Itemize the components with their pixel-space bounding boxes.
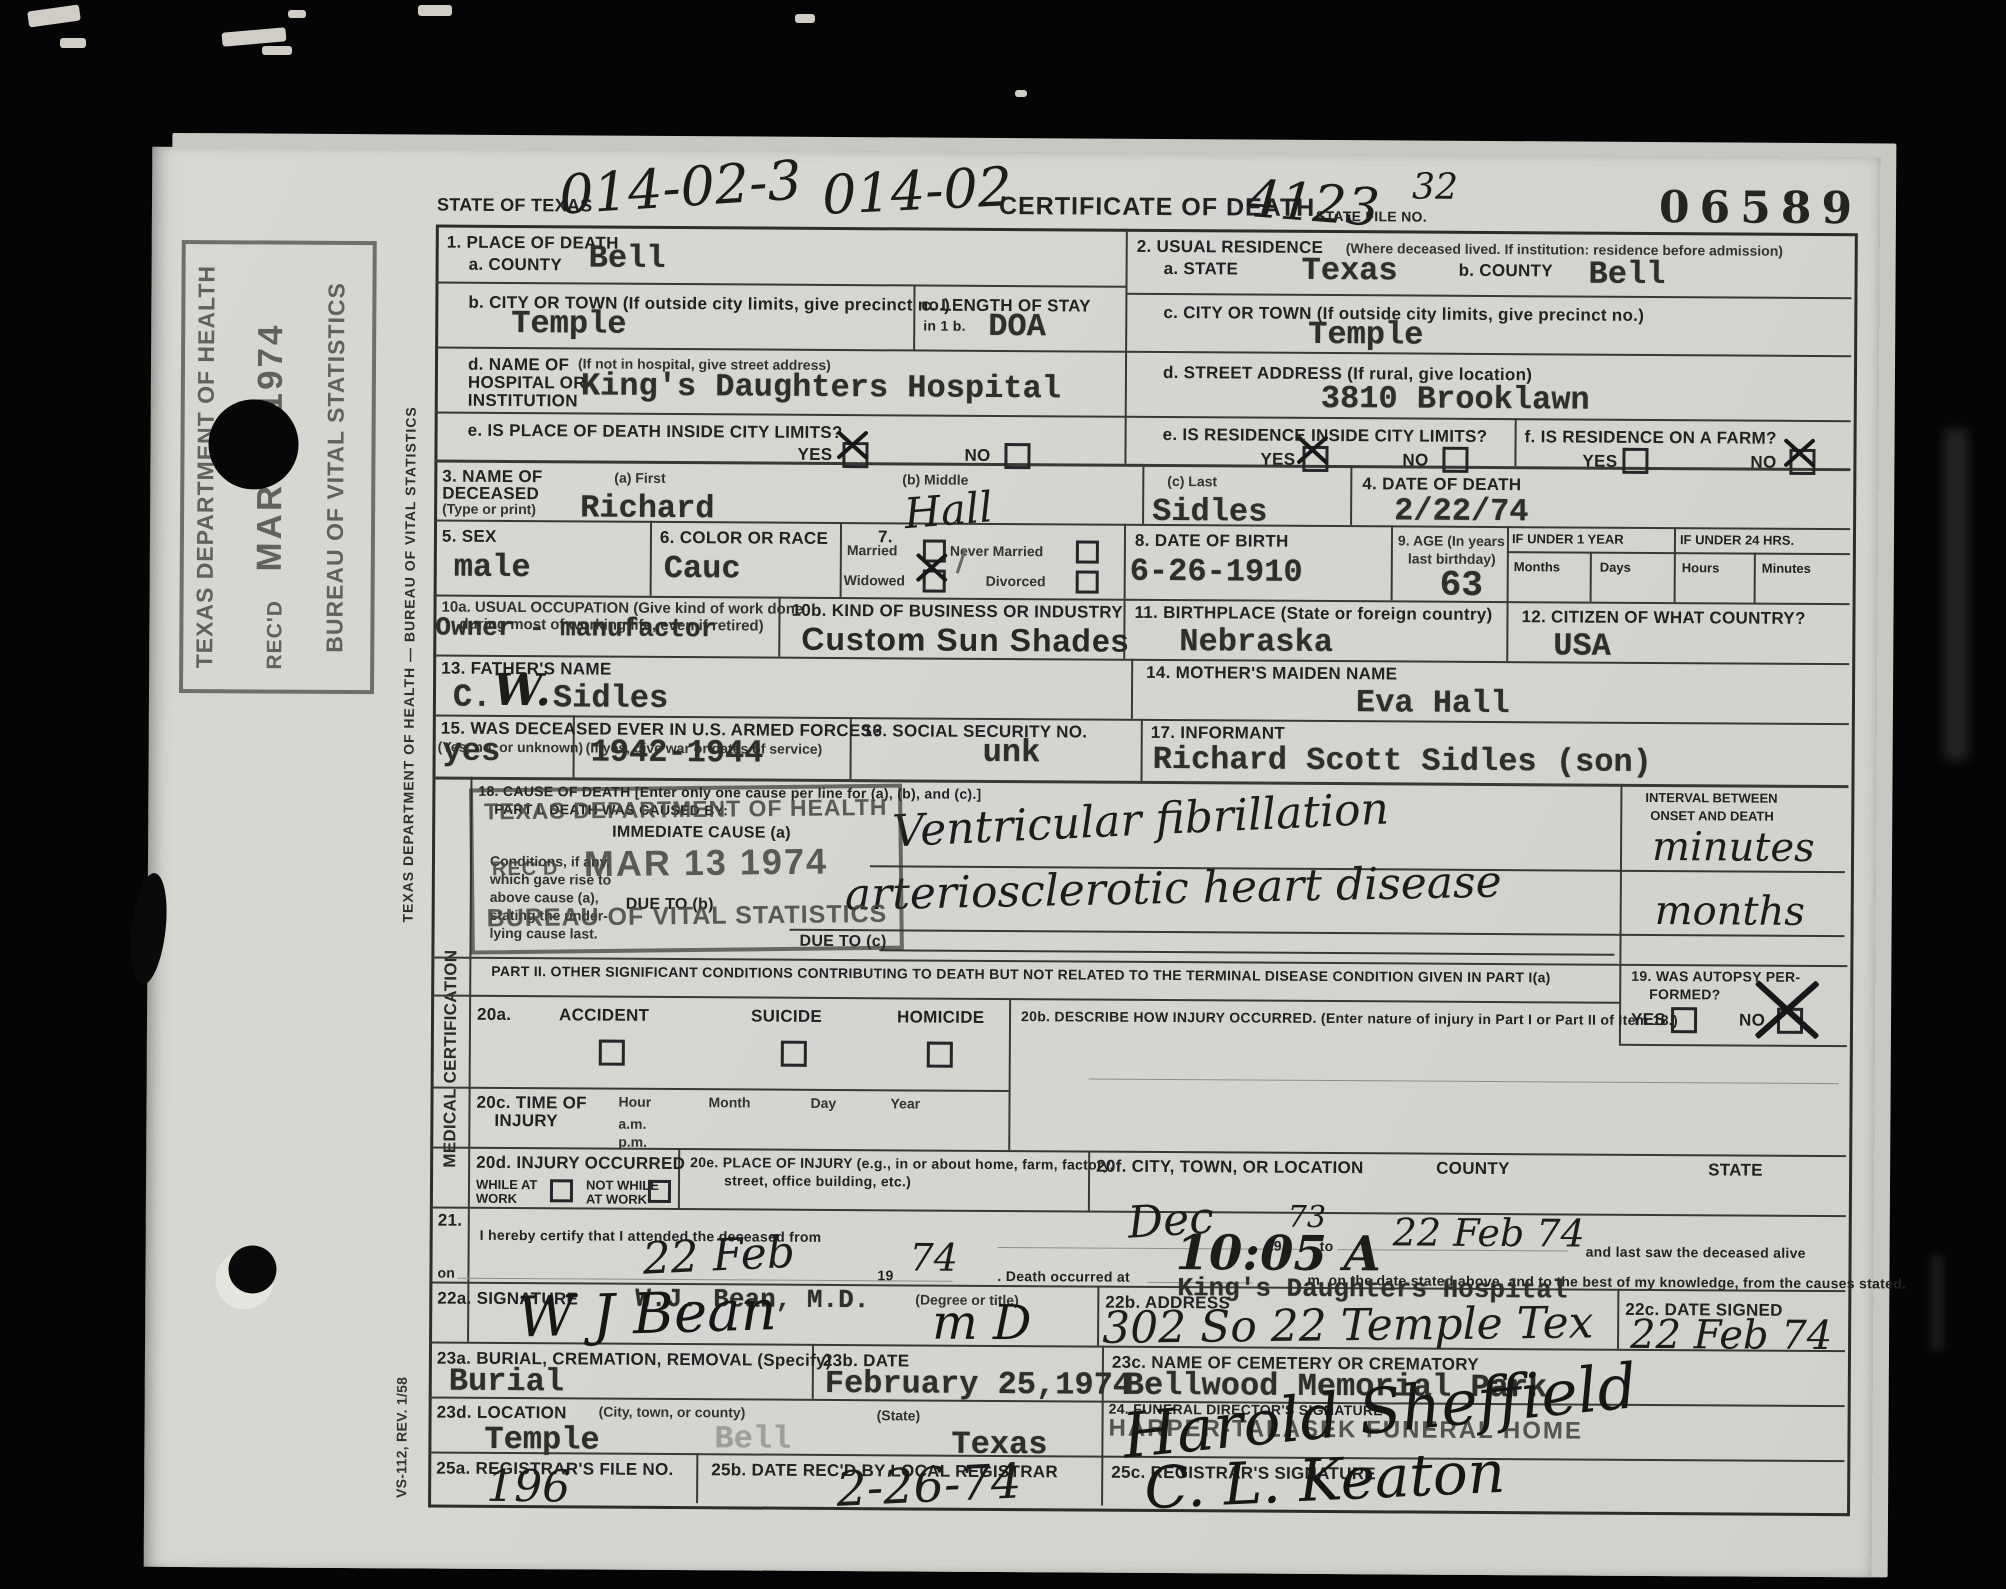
s12-value: USA: [1553, 627, 1611, 664]
s20d-label: 20d. INJURY OCCURRED: [476, 1153, 685, 1174]
s1-limits-label: e. IS PLACE OF DEATH INSIDE CITY LIMITS?: [468, 421, 843, 443]
s8-label: 8. DATE OF BIRTH: [1135, 531, 1289, 552]
s21-text-2: and last saw the deceased alive: [1586, 1244, 1806, 1261]
handwritten-32: 32: [1412, 167, 1458, 208]
s10b-label: 10b. KIND OF BUSINESS OR INDUSTRY: [791, 601, 1122, 623]
edge-form-code: VS-112, REV. 1/58: [393, 1357, 410, 1517]
stamp-date-text: MAR 13 1974: [584, 840, 829, 885]
s2-farm-label: f. IS RESIDENCE ON A FARM?: [1525, 427, 1777, 449]
s2-state-value: Texas: [1301, 252, 1397, 290]
s3-middle-value: Hall: [902, 482, 994, 538]
s14-value: Eva Hall: [1356, 684, 1510, 722]
s23a-value: Burial: [449, 1363, 564, 1401]
grid-line: [1754, 553, 1756, 603]
s21-hand-to-date: 22 Feb 74: [1393, 1210, 1585, 1255]
s20d-notwhile-label-2: AT WORK: [586, 1191, 647, 1206]
s20c-label-2: INJURY: [494, 1111, 558, 1131]
s3-last-value: Sidles: [1152, 493, 1267, 531]
s20d-while-checkbox: [550, 1179, 573, 1202]
s1-county-value: Bell: [589, 239, 666, 276]
s20d-while-label-2: WORK: [476, 1191, 517, 1206]
s20d-while-label-1: WHILE AT: [476, 1177, 537, 1192]
s12-label: 12. CITIZEN OF WHAT COUNTRY?: [1521, 607, 1805, 629]
s5-value: male: [454, 549, 531, 586]
handwritten-4123: 4123: [1245, 169, 1382, 239]
s9-hours-label: Hours: [1682, 560, 1720, 575]
s22c-hand-date: 22 Feb 74: [1630, 1312, 1832, 1359]
s2-farm-yes-checkbox: [1622, 448, 1648, 474]
s16-label: 16. SOCIAL SECURITY NO.: [863, 721, 1088, 742]
s7-never-married-checkbox: [1076, 540, 1099, 563]
s20d-notwhile-checkbox: [648, 1180, 671, 1203]
stamp-bureau-text: BUREAU OF VITAL STATISTICS: [474, 900, 899, 934]
grid-line: [1617, 1289, 1619, 1349]
s10b-value: Custom Sun Shades: [801, 621, 1129, 660]
received-stamp-cause: TEXAS DEPARTMENT OF HEALTH REC'D MAR 13 …: [469, 784, 904, 955]
s9-days-label: Days: [1600, 560, 1631, 575]
stamp-bureau-text: BUREAU OF VITAL STATISTICS: [321, 245, 351, 690]
s21-hand-on-year: 74: [909, 1235, 958, 1279]
s14-label: 14. MOTHER'S MAIDEN NAME: [1146, 663, 1397, 685]
s2-street-value: 3810 Brooklawn: [1321, 380, 1590, 419]
s21-printed-19b: 19: [877, 1267, 893, 1283]
s1-limits-yes-label: YES: [797, 445, 832, 465]
s25b-value: 2-26-74: [835, 1453, 1023, 1518]
scanned-death-certificate: TEXAS DEPARTMENT OF HEALTH REC'D MAR 20 …: [0, 0, 2006, 1589]
s3-first-label: (a) First: [614, 470, 665, 486]
s20c-pm-label: p.m.: [618, 1134, 647, 1150]
s11-label: 11. BIRTHPLACE (State or foreign country…: [1134, 603, 1492, 625]
s1-limits-no-checkbox: [1004, 443, 1030, 469]
grid-line: [1506, 601, 1508, 661]
handwritten-code-b: 014-02: [821, 155, 1014, 227]
s23d-city-value: Temple: [484, 1421, 599, 1459]
s23d-state-hint: (State): [877, 1407, 921, 1423]
s6-value: Cauc: [664, 550, 741, 587]
s2-farm-yes-label: YES: [1582, 452, 1617, 472]
s25a-value: 196: [486, 1461, 570, 1513]
s21-text-3: . Death occurred at: [997, 1268, 1130, 1285]
s1-stay-value: DOA: [988, 308, 1046, 345]
s5-label: 5. SEX: [442, 527, 497, 547]
state-file-number: 06589: [1659, 182, 1862, 234]
grid-line: [1142, 464, 1144, 524]
s2-limits-no-label: NO: [1402, 450, 1428, 470]
stamp-recd-text: REC'D: [492, 858, 559, 882]
s18-interval-label-2: ONSET AND DEATH: [1650, 808, 1774, 824]
s21-hand-on-date: 22 Feb: [641, 1227, 796, 1285]
s20a-accident-label: ACCIDENT: [559, 1005, 649, 1026]
state-file-no-label: STATE FILE NO.: [1316, 208, 1427, 225]
s3-label-3: (Type or print): [442, 501, 536, 518]
s4-value: 2/22/74: [1394, 492, 1529, 530]
s15-value-2: 1942-1944: [591, 733, 764, 771]
s2-limits-no-checkbox: [1442, 447, 1468, 473]
s20a-homicide-checkbox: [927, 1042, 953, 1068]
s2-city-value: Temple: [1308, 316, 1423, 354]
s2-title-hint: (Where deceased lived. If institution: r…: [1346, 240, 1783, 259]
s20a-label: 20a.: [477, 1005, 511, 1025]
s23b-value: February 25,1974: [825, 1365, 1132, 1404]
s2-limits-yes-xmark: [1294, 432, 1330, 468]
s1-limits-no-label: NO: [964, 446, 990, 466]
s8-value: 6-26-1910: [1130, 553, 1303, 591]
s20a-accident-checkbox: [599, 1040, 625, 1066]
stamp-dept-text: TEXAS DEPARTMENT OF HEALTH: [473, 794, 898, 826]
s18-interval-a-value: minutes: [1652, 824, 1815, 871]
s10a-value: Owner - manufactor: [435, 613, 716, 645]
s19-no-xmark: [1751, 977, 1823, 1043]
s18-interval-b-value: months: [1655, 888, 1805, 935]
s20a-suicide-checkbox: [781, 1041, 807, 1067]
s18-interval-label-1: INTERVAL BETWEEN: [1645, 790, 1777, 806]
s11-value: Nebraska: [1179, 623, 1333, 661]
s1-city-value: Temple: [511, 305, 626, 343]
s17-value: Richard Scott Sidles (son): [1153, 741, 1652, 781]
s3-first-value: Richard: [580, 489, 715, 527]
s7-divorced-checkbox: [1076, 570, 1099, 593]
s9-label-1: 9. AGE (In years: [1398, 532, 1505, 549]
s2-farm-no-xmark: [1781, 435, 1817, 471]
s20f-label: 20f. CITY, TOWN, OR LOCATION: [1096, 1157, 1364, 1179]
s2-state-label: a. STATE: [1164, 259, 1239, 279]
s22a-signature-degree-script: m D: [932, 1295, 1032, 1352]
s13-value-hand: W.: [493, 665, 551, 716]
grid-line: [1097, 1286, 1099, 1346]
grid-line: [1590, 552, 1592, 602]
s20c-day-label: Day: [810, 1095, 836, 1111]
s1-county-label: a. COUNTY: [469, 255, 563, 276]
certificate-sheet: TEXAS DEPARTMENT OF HEALTH REC'D MAR 20 …: [0, 0, 2006, 1589]
s22a-signature-script: W J Bean: [516, 1278, 777, 1350]
s22b-hand-address: 302 So 22 Temple Tex: [1102, 1297, 1594, 1354]
s20c-am-label: a.m.: [618, 1116, 646, 1132]
s15-value-1: yes: [443, 733, 501, 770]
s20e-label-2: street, office building, etc.): [724, 1172, 911, 1189]
s7-widowed-xmark: [914, 549, 950, 585]
s1-hospital-label-3: INSTITUTION: [468, 391, 578, 412]
s20f-state-label: STATE: [1708, 1160, 1763, 1180]
stamp-recd-text: REC'D: [263, 600, 287, 670]
s13-value-typed: C.: [453, 679, 492, 716]
s9-value: 63: [1440, 565, 1483, 606]
s21-number: 21.: [438, 1211, 463, 1231]
s9-under1-label: IF UNDER 1 YEAR: [1512, 531, 1624, 547]
hole-punch: [208, 399, 299, 490]
s20a-homicide-label: HOMICIDE: [897, 1007, 985, 1028]
s1-hospital-value: King's Daughters Hospital: [581, 367, 1061, 407]
s9-months-label: Months: [1514, 559, 1560, 574]
hole-punch: [228, 1245, 276, 1293]
s2-county-label: b. COUNTY: [1459, 261, 1553, 282]
s20c-month-label: Month: [708, 1094, 750, 1110]
s1-limits-yes-xmark: [834, 427, 870, 463]
s9-minutes-label: Minutes: [1762, 561, 1811, 576]
s1-stay-sub: in 1 b.: [923, 318, 966, 334]
grid-line: [1140, 719, 1142, 781]
s2-title: 2. USUAL RESIDENCE: [1137, 237, 1324, 258]
s16-value: unk: [983, 734, 1041, 771]
s23d-county-value: Bell: [714, 1420, 791, 1457]
s20e-label-1: 20e. PLACE OF INJURY (e.g., in or about …: [690, 1154, 1114, 1173]
s23d-city-hint: (City, town, or county): [599, 1404, 746, 1421]
grid-line: [913, 284, 915, 349]
grid-line: [1514, 418, 1516, 466]
s2-farm-no-label: NO: [1750, 453, 1776, 473]
grid-line: [696, 1453, 698, 1503]
grid-line: [1131, 659, 1133, 719]
s20a-suicide-label: SUICIDE: [751, 1006, 822, 1026]
s9-under24-label: IF UNDER 24 HRS.: [1680, 532, 1794, 548]
s13-value-typed-2: Sidles: [553, 679, 668, 717]
s3-last-label: (c) Last: [1167, 473, 1217, 489]
s19-label-2: FORMED?: [1649, 986, 1720, 1002]
s20c-hour-label: Hour: [618, 1094, 651, 1110]
s6-label: 6. COLOR OR RACE: [660, 528, 828, 549]
s7-married-label: Married: [847, 542, 898, 558]
s2-limits-yes-label: YES: [1260, 450, 1295, 470]
s20c-year-label: Year: [890, 1095, 920, 1111]
grid-line: [1350, 465, 1352, 525]
s2-county-value: Bell: [1588, 256, 1665, 293]
s7-widowed-label: Widowed: [844, 572, 905, 588]
s7-divorced-label: Divorced: [986, 573, 1046, 589]
s21-printed-on: on: [437, 1265, 455, 1281]
s20f-county-label: COUNTY: [1436, 1159, 1510, 1179]
